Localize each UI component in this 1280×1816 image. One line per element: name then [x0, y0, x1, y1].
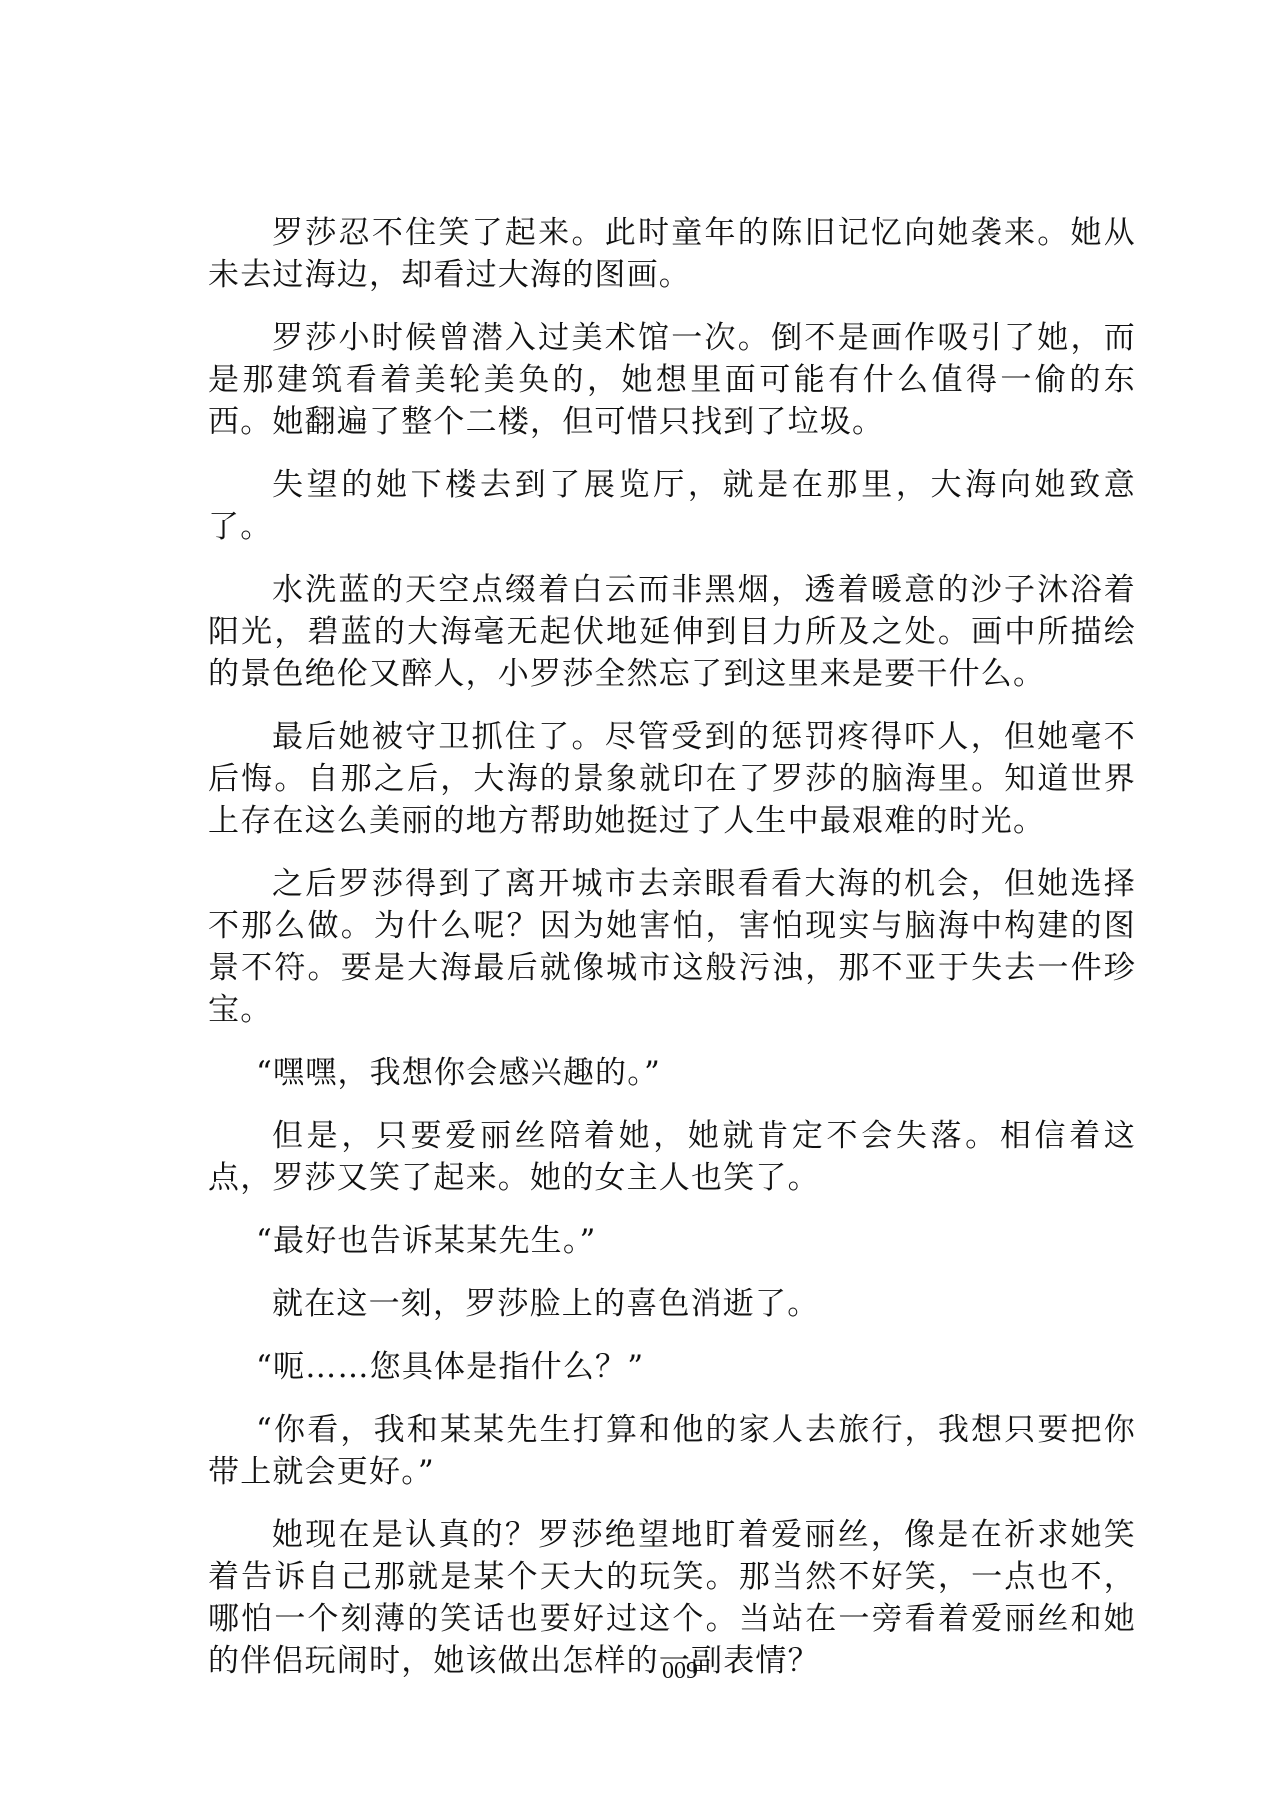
- dialogue-line: “嘿嘿，我想你会感兴趣的。”: [208, 1052, 1136, 1094]
- body-text: 罗莎忍不住笑了起来。此时童年的陈旧记忆向她袭来。她从未去过海边，却看过大海的图画…: [208, 212, 1136, 1703]
- paragraph: 但是，只要爱丽丝陪着她，她就肯定不会失落。相信着这点，罗莎又笑了起来。她的女主人…: [208, 1115, 1136, 1199]
- dialogue-line: “呃……您具体是指什么？”: [208, 1346, 1136, 1388]
- dialogue-line: “最好也告诉某某先生。”: [208, 1220, 1136, 1262]
- paragraph: 罗莎小时候曾潜入过美术馆一次。倒不是画作吸引了她，而是那建筑看着美轮美奂的，她想…: [208, 317, 1136, 443]
- paragraph: 最后她被守卫抓住了。尽管受到的惩罚疼得吓人，但她毫不后悔。自那之后，大海的景象就…: [208, 716, 1136, 842]
- paragraph: 水洗蓝的天空点缀着白云而非黑烟，透着暖意的沙子沐浴着阳光，碧蓝的大海毫无起伏地延…: [208, 569, 1136, 695]
- paragraph: 就在这一刻，罗莎脸上的喜色消逝了。: [208, 1283, 1136, 1325]
- paragraph: 失望的她下楼去到了展览厅，就是在那里，大海向她致意了。: [208, 464, 1136, 548]
- page-number: 009: [640, 1657, 720, 1685]
- paragraph: 罗莎忍不住笑了起来。此时童年的陈旧记忆向她袭来。她从未去过海边，却看过大海的图画…: [208, 212, 1136, 296]
- dialogue-line: “你看，我和某某先生打算和他的家人去旅行，我想只要把你带上就会更好。”: [208, 1409, 1136, 1493]
- paragraph: 之后罗莎得到了离开城市去亲眼看看大海的机会，但她选择不那么做。为什么呢？因为她害…: [208, 863, 1136, 1031]
- book-page: 罗莎忍不住笑了起来。此时童年的陈旧记忆向她袭来。她从未去过海边，却看过大海的图画…: [0, 0, 1280, 1816]
